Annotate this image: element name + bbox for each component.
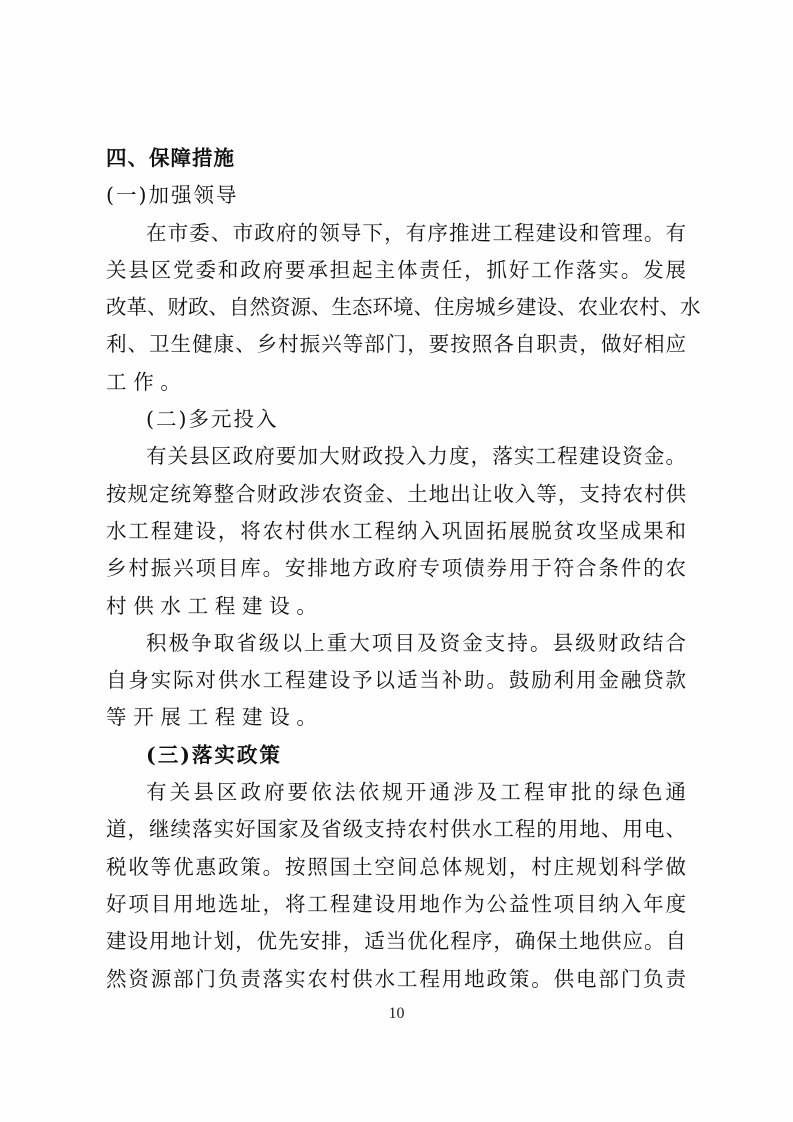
paragraph-line: 税收等优惠政策。按照国土空间总体规划，村庄规划科学做 bbox=[106, 849, 686, 886]
paragraph-line: 好项目用地选址，将工程建设用地作为公益性项目纳入年度 bbox=[106, 886, 686, 923]
subsection-heading-2: (二)多元投入 bbox=[106, 401, 686, 438]
paragraph-line: 按规定统筹整合财政涉农资金、土地出让收入等，支持农村供 bbox=[106, 476, 686, 513]
paragraph-line: 改革、财政、自然资源、生态环境、住房城乡建设、农业农村、水 bbox=[106, 289, 686, 326]
subsection-heading-1: (一)加强领导 bbox=[106, 177, 686, 214]
subsection-heading-3: (三)落实政策 bbox=[106, 737, 686, 774]
paragraph-line: 自身实际对供水工程建设予以适当补助。鼓励利用金融贷款 bbox=[106, 662, 686, 699]
paragraph-line: 乡村振兴项目库。安排地方政府专项债券用于符合条件的农 bbox=[106, 550, 686, 587]
page-content: 四、保障措施 (一)加强领导 在市委、市政府的领导下，有序推进工程建设和管理。有… bbox=[106, 140, 686, 998]
section-title: 四、保障措施 bbox=[106, 140, 686, 177]
paragraph-line: 有关县区政府要依法依规开通涉及工程审批的绿色通 bbox=[106, 774, 686, 811]
paragraph-line: 村供水工程建设。 bbox=[106, 588, 686, 625]
paragraph-line: 利、卫生健康、乡村振兴等部门，要按照各自职责，做好相应 bbox=[106, 326, 686, 363]
page-number: 10 bbox=[0, 1005, 793, 1023]
document-page: 四、保障措施 (一)加强领导 在市委、市政府的领导下，有序推进工程建设和管理。有… bbox=[0, 0, 793, 1122]
paragraph-line: 等开展工程建设。 bbox=[106, 699, 686, 736]
paragraph-line: 有关县区政府要加大财政投入力度，落实工程建设资金。 bbox=[106, 438, 686, 475]
paragraph-line: 水工程建设，将农村供水工程纳入巩固拓展脱贫攻坚成果和 bbox=[106, 513, 686, 550]
paragraph-line: 然资源部门负责落实农村供水工程用地政策。供电部门负责 bbox=[106, 961, 686, 998]
paragraph-line: 在市委、市政府的领导下，有序推进工程建设和管理。有 bbox=[106, 215, 686, 252]
paragraph-line: 积极争取省级以上重大项目及资金支持。县级财政结合 bbox=[106, 625, 686, 662]
paragraph-line: 工作。 bbox=[106, 364, 686, 401]
paragraph-line: 关县区党委和政府要承担起主体责任，抓好工作落实。发展 bbox=[106, 252, 686, 289]
paragraph-line: 建设用地计划，优先安排，适当优化程序，确保土地供应。自 bbox=[106, 923, 686, 960]
paragraph-line: 道，继续落实好国家及省级支持农村供水工程的用地、用电、 bbox=[106, 811, 686, 848]
